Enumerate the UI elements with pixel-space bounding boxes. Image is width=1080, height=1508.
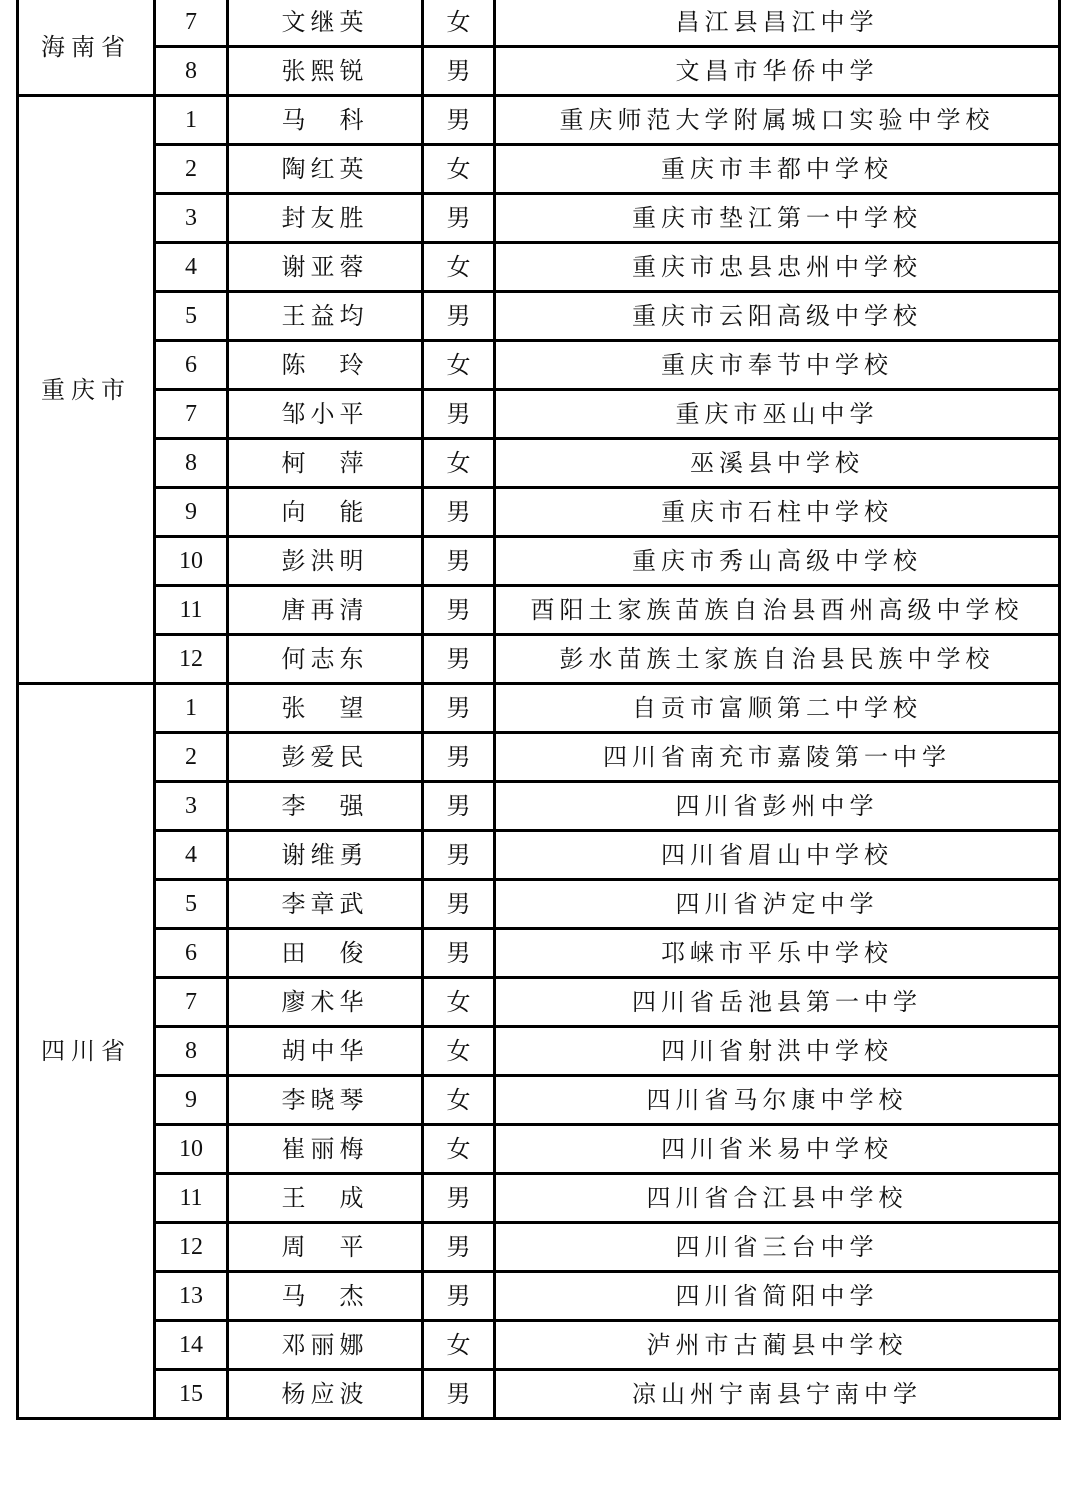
name-cell: 谢维勇: [228, 831, 423, 880]
school-cell: 重庆市巫山中学: [495, 390, 1060, 439]
table-row: 5王益均男重庆市云阳高级中学校: [18, 292, 1060, 341]
gender-cell: 女: [423, 243, 495, 292]
gender-cell: 女: [423, 1125, 495, 1174]
school-cell: 重庆市石柱中学校: [495, 488, 1060, 537]
table-row: 12何志东男彭水苗族土家族自治县民族中学校: [18, 635, 1060, 684]
table-row: 12周 平男四川省三台中学: [18, 1223, 1060, 1272]
name-cell: 彭爱民: [228, 733, 423, 782]
school-cell: 四川省三台中学: [495, 1223, 1060, 1272]
school-cell: 文昌市华侨中学: [495, 47, 1060, 96]
table-row: 4谢亚蓉女重庆市忠县忠州中学校: [18, 243, 1060, 292]
gender-cell: 男: [423, 586, 495, 635]
table-row: 13马 杰男四川省简阳中学: [18, 1272, 1060, 1321]
gender-cell: 男: [423, 782, 495, 831]
table-row: 8柯 萍女巫溪县中学校: [18, 439, 1060, 488]
number-cell: 8: [155, 1027, 228, 1076]
school-cell: 四川省岳池县第一中学: [495, 978, 1060, 1027]
number-cell: 3: [155, 782, 228, 831]
number-cell: 8: [155, 47, 228, 96]
gender-cell: 男: [423, 684, 495, 733]
name-cell: 邓丽娜: [228, 1321, 423, 1370]
school-cell: 四川省射洪中学校: [495, 1027, 1060, 1076]
school-cell: 巫溪县中学校: [495, 439, 1060, 488]
number-cell: 5: [155, 292, 228, 341]
name-cell: 张 望: [228, 684, 423, 733]
province-cell: 重庆市: [18, 96, 155, 684]
table-row: 3李 强男四川省彭州中学: [18, 782, 1060, 831]
name-cell: 李 强: [228, 782, 423, 831]
gender-cell: 男: [423, 1272, 495, 1321]
school-cell: 重庆市云阳高级中学校: [495, 292, 1060, 341]
name-cell: 胡中华: [228, 1027, 423, 1076]
number-cell: 4: [155, 243, 228, 292]
number-cell: 9: [155, 1076, 228, 1125]
number-cell: 6: [155, 929, 228, 978]
table-row: 7邹小平男重庆市巫山中学: [18, 390, 1060, 439]
name-cell: 李章武: [228, 880, 423, 929]
table-row: 5李章武男四川省泸定中学: [18, 880, 1060, 929]
table-row: 2陶红英女重庆市丰都中学校: [18, 145, 1060, 194]
number-cell: 11: [155, 586, 228, 635]
gender-cell: 男: [423, 831, 495, 880]
number-cell: 4: [155, 831, 228, 880]
table-row: 2彭爱民男四川省南充市嘉陵第一中学: [18, 733, 1060, 782]
name-cell: 马 科: [228, 96, 423, 145]
table-row: 9向 能男重庆市石柱中学校: [18, 488, 1060, 537]
province-cell: 海南省: [18, 0, 155, 96]
number-cell: 14: [155, 1321, 228, 1370]
school-cell: 凉山州宁南县宁南中学: [495, 1370, 1060, 1419]
gender-cell: 男: [423, 880, 495, 929]
number-cell: 9: [155, 488, 228, 537]
number-cell: 7: [155, 390, 228, 439]
name-cell: 李晓琴: [228, 1076, 423, 1125]
number-cell: 2: [155, 733, 228, 782]
school-cell: 泸州市古蔺县中学校: [495, 1321, 1060, 1370]
school-cell: 四川省简阳中学: [495, 1272, 1060, 1321]
name-cell: 柯 萍: [228, 439, 423, 488]
gender-cell: 男: [423, 1370, 495, 1419]
gender-cell: 男: [423, 96, 495, 145]
name-cell: 王益均: [228, 292, 423, 341]
school-cell: 重庆市奉节中学校: [495, 341, 1060, 390]
gender-cell: 男: [423, 47, 495, 96]
number-cell: 10: [155, 1125, 228, 1174]
number-cell: 7: [155, 0, 228, 47]
roster-table: 海南省7文继英女昌江县昌江中学8张熙锐男文昌市华侨中学重庆市1马 科男重庆师范大…: [16, 0, 1061, 1420]
gender-cell: 女: [423, 341, 495, 390]
table-row: 15杨应波男凉山州宁南县宁南中学: [18, 1370, 1060, 1419]
number-cell: 2: [155, 145, 228, 194]
number-cell: 7: [155, 978, 228, 1027]
table-row: 10彭洪明男重庆市秀山高级中学校: [18, 537, 1060, 586]
school-cell: 自贡市富顺第二中学校: [495, 684, 1060, 733]
table-row: 9李晓琴女四川省马尔康中学校: [18, 1076, 1060, 1125]
school-cell: 四川省马尔康中学校: [495, 1076, 1060, 1125]
school-cell: 四川省合江县中学校: [495, 1174, 1060, 1223]
number-cell: 8: [155, 439, 228, 488]
gender-cell: 男: [423, 929, 495, 978]
number-cell: 5: [155, 880, 228, 929]
school-cell: 重庆师范大学附属城口实验中学校: [495, 96, 1060, 145]
school-cell: 四川省眉山中学校: [495, 831, 1060, 880]
school-cell: 四川省泸定中学: [495, 880, 1060, 929]
gender-cell: 男: [423, 194, 495, 243]
name-cell: 谢亚蓉: [228, 243, 423, 292]
name-cell: 陈 玲: [228, 341, 423, 390]
number-cell: 6: [155, 341, 228, 390]
gender-cell: 女: [423, 1076, 495, 1125]
table-row: 海南省7文继英女昌江县昌江中学: [18, 0, 1060, 47]
gender-cell: 男: [423, 488, 495, 537]
school-cell: 重庆市丰都中学校: [495, 145, 1060, 194]
school-cell: 重庆市秀山高级中学校: [495, 537, 1060, 586]
table-row: 11王 成男四川省合江县中学校: [18, 1174, 1060, 1223]
gender-cell: 男: [423, 733, 495, 782]
name-cell: 陶红英: [228, 145, 423, 194]
table-row: 7廖术华女四川省岳池县第一中学: [18, 978, 1060, 1027]
gender-cell: 男: [423, 390, 495, 439]
table-row: 4谢维勇男四川省眉山中学校: [18, 831, 1060, 880]
gender-cell: 男: [423, 635, 495, 684]
gender-cell: 女: [423, 1027, 495, 1076]
name-cell: 田 俊: [228, 929, 423, 978]
name-cell: 杨应波: [228, 1370, 423, 1419]
school-cell: 四川省南充市嘉陵第一中学: [495, 733, 1060, 782]
table-row: 11唐再清男酉阳土家族苗族自治县酉州高级中学校: [18, 586, 1060, 635]
table-row: 3封友胜男重庆市垫江第一中学校: [18, 194, 1060, 243]
name-cell: 王 成: [228, 1174, 423, 1223]
school-cell: 酉阳土家族苗族自治县酉州高级中学校: [495, 586, 1060, 635]
name-cell: 文继英: [228, 0, 423, 47]
gender-cell: 女: [423, 145, 495, 194]
table-row: 6陈 玲女重庆市奉节中学校: [18, 341, 1060, 390]
table-row: 8张熙锐男文昌市华侨中学: [18, 47, 1060, 96]
gender-cell: 男: [423, 292, 495, 341]
name-cell: 向 能: [228, 488, 423, 537]
name-cell: 邹小平: [228, 390, 423, 439]
table-row: 8胡中华女四川省射洪中学校: [18, 1027, 1060, 1076]
school-cell: 邛崃市平乐中学校: [495, 929, 1060, 978]
gender-cell: 女: [423, 1321, 495, 1370]
name-cell: 封友胜: [228, 194, 423, 243]
number-cell: 12: [155, 1223, 228, 1272]
name-cell: 周 平: [228, 1223, 423, 1272]
table-row: 14邓丽娜女泸州市古蔺县中学校: [18, 1321, 1060, 1370]
school-cell: 昌江县昌江中学: [495, 0, 1060, 47]
school-cell: 重庆市忠县忠州中学校: [495, 243, 1060, 292]
gender-cell: 男: [423, 1223, 495, 1272]
school-cell: 重庆市垫江第一中学校: [495, 194, 1060, 243]
roster-body: 海南省7文继英女昌江县昌江中学8张熙锐男文昌市华侨中学重庆市1马 科男重庆师范大…: [18, 0, 1060, 1419]
table-row: 重庆市1马 科男重庆师范大学附属城口实验中学校: [18, 96, 1060, 145]
number-cell: 3: [155, 194, 228, 243]
number-cell: 12: [155, 635, 228, 684]
school-cell: 四川省米易中学校: [495, 1125, 1060, 1174]
school-cell: 彭水苗族土家族自治县民族中学校: [495, 635, 1060, 684]
name-cell: 崔丽梅: [228, 1125, 423, 1174]
name-cell: 彭洪明: [228, 537, 423, 586]
number-cell: 1: [155, 684, 228, 733]
gender-cell: 女: [423, 978, 495, 1027]
name-cell: 廖术华: [228, 978, 423, 1027]
province-cell: 四川省: [18, 684, 155, 1419]
table-row: 6田 俊男邛崃市平乐中学校: [18, 929, 1060, 978]
table-row: 四川省1张 望男自贡市富顺第二中学校: [18, 684, 1060, 733]
name-cell: 张熙锐: [228, 47, 423, 96]
gender-cell: 男: [423, 537, 495, 586]
name-cell: 马 杰: [228, 1272, 423, 1321]
gender-cell: 女: [423, 439, 495, 488]
number-cell: 15: [155, 1370, 228, 1419]
table-row: 10崔丽梅女四川省米易中学校: [18, 1125, 1060, 1174]
number-cell: 13: [155, 1272, 228, 1321]
name-cell: 唐再清: [228, 586, 423, 635]
number-cell: 10: [155, 537, 228, 586]
gender-cell: 女: [423, 0, 495, 47]
name-cell: 何志东: [228, 635, 423, 684]
school-cell: 四川省彭州中学: [495, 782, 1060, 831]
gender-cell: 男: [423, 1174, 495, 1223]
number-cell: 11: [155, 1174, 228, 1223]
number-cell: 1: [155, 96, 228, 145]
